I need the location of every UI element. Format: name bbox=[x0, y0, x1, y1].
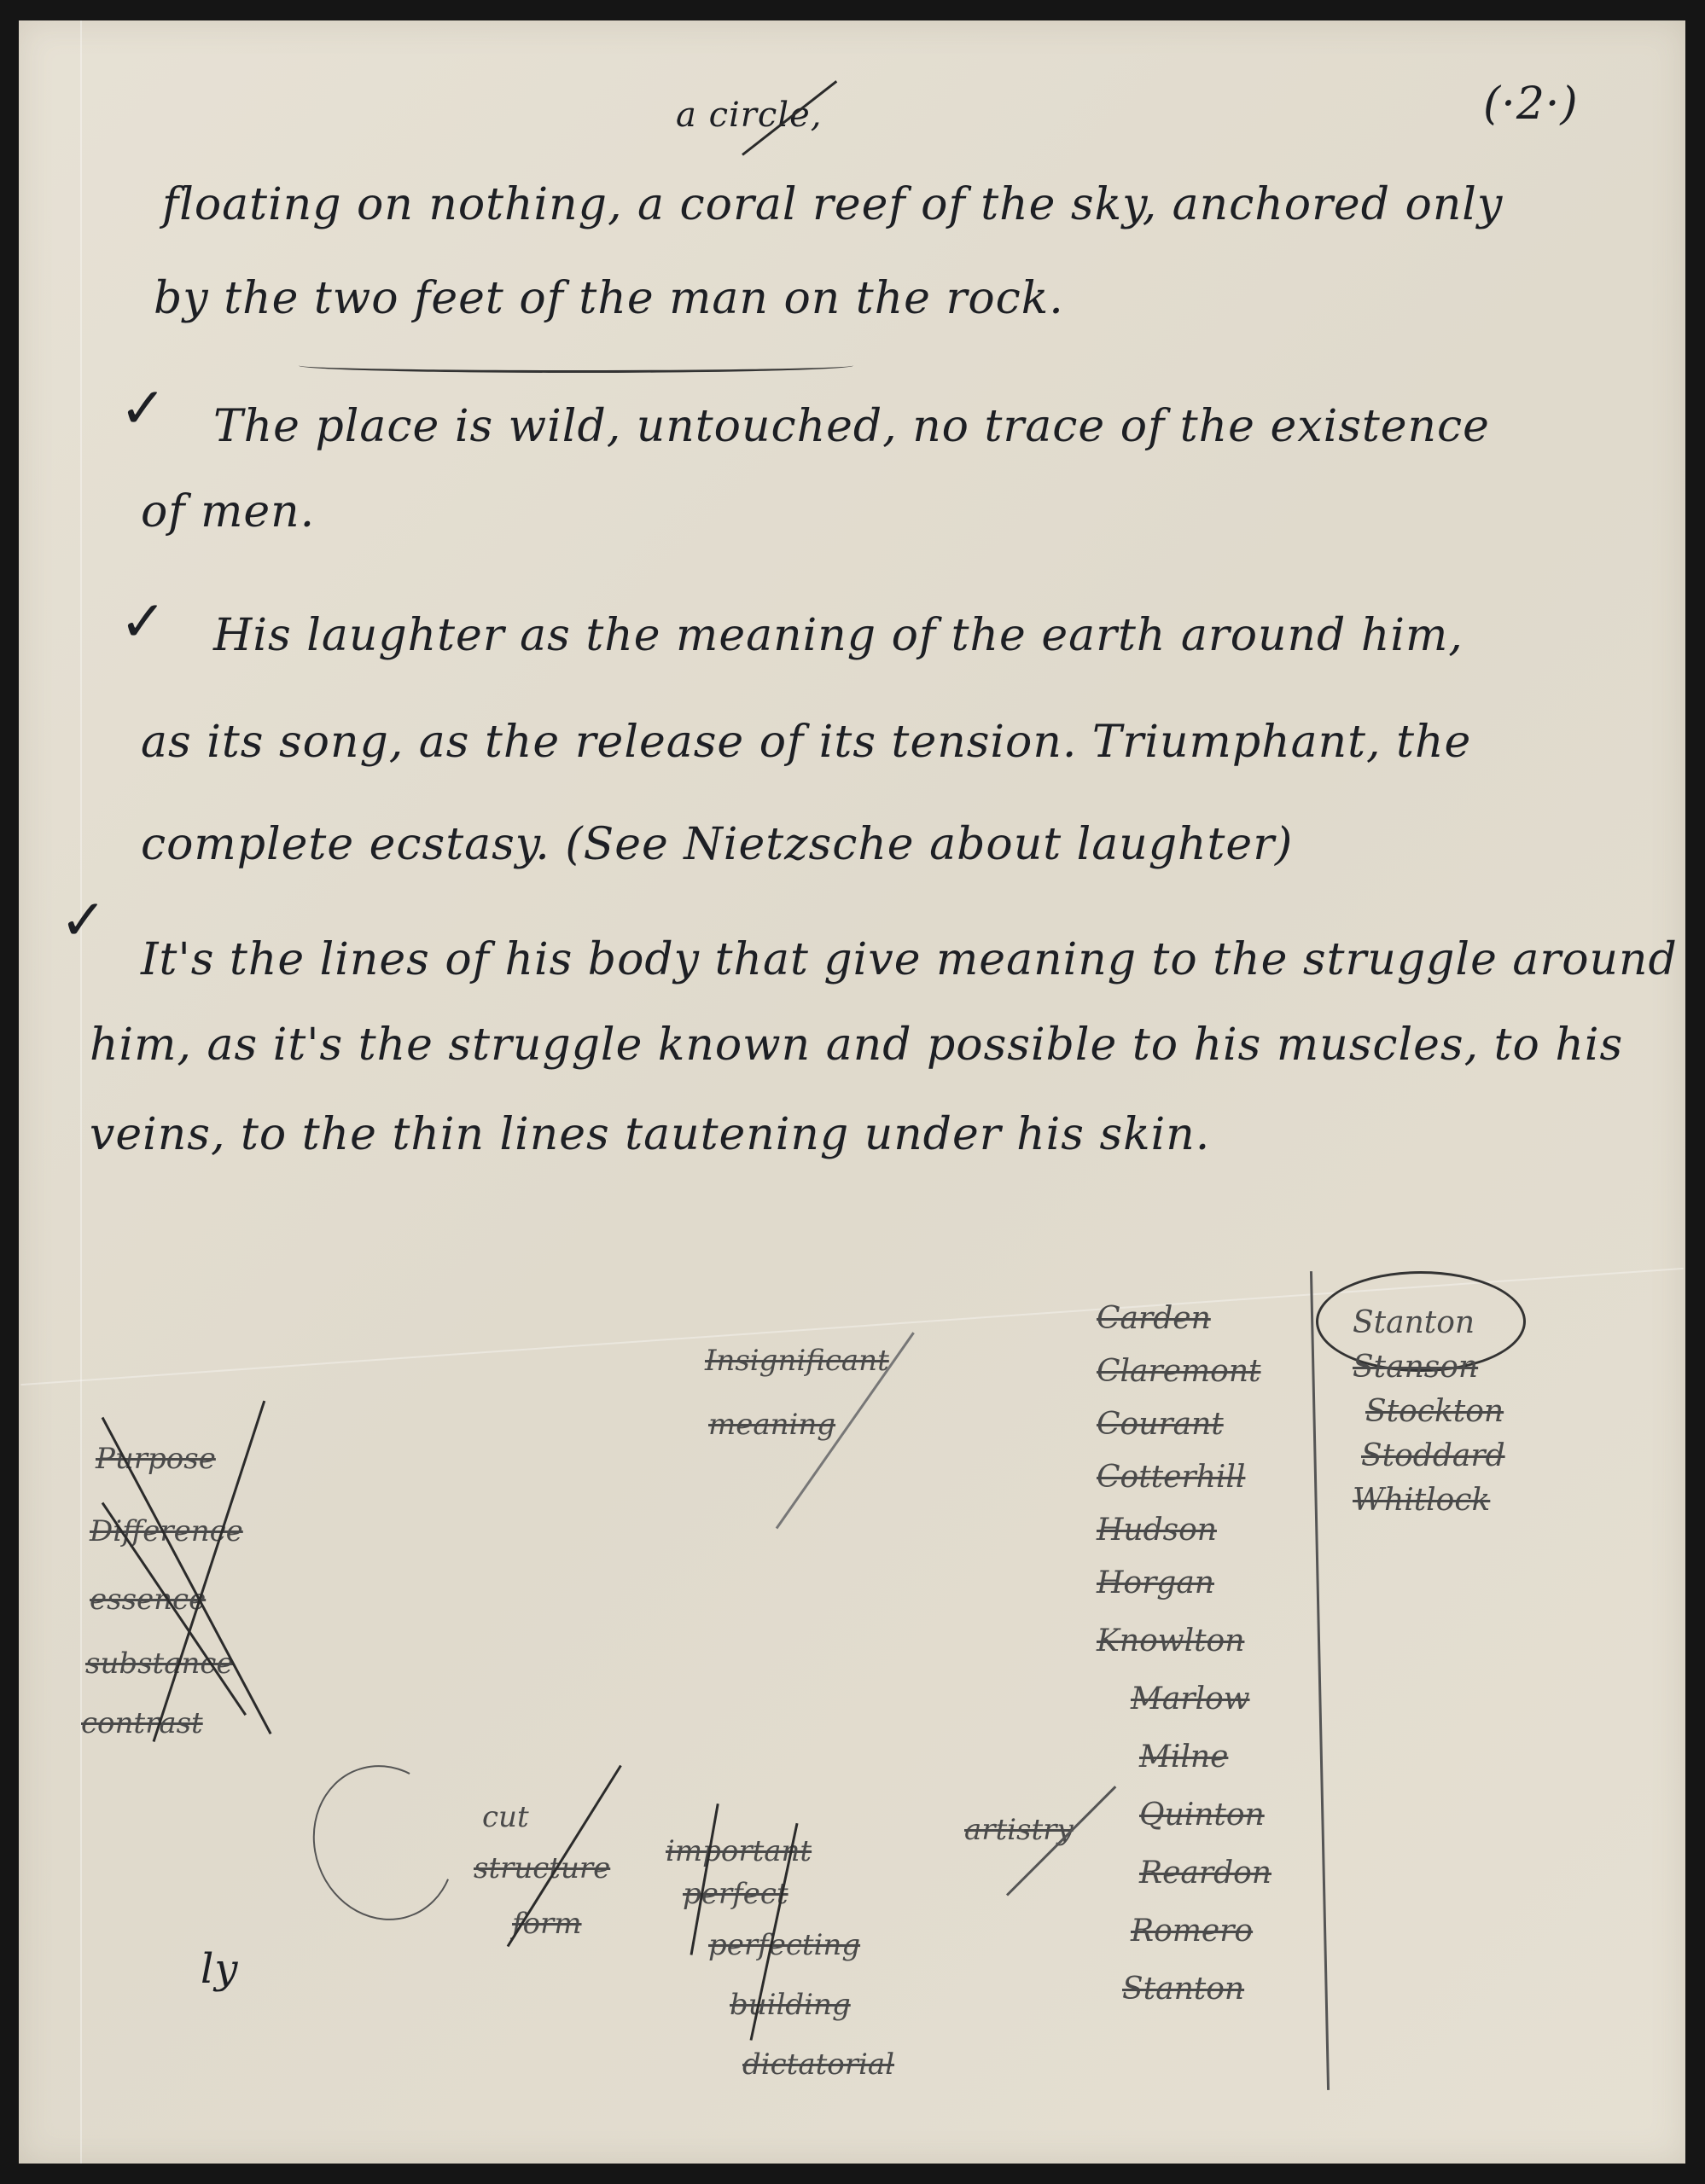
check-mark-icon: ✓ bbox=[60, 887, 107, 953]
paragraph-2-line-1: The place is wild, untouched, no trace o… bbox=[213, 401, 1490, 452]
paragraph-3-line-2: as its song, as the release of its tensi… bbox=[141, 717, 1471, 768]
check-mark-icon: ✓ bbox=[119, 375, 166, 441]
separator-rule bbox=[299, 358, 853, 373]
name-list-left: Carden Claremont Courant Cotterhill Huds… bbox=[1097, 1284, 1271, 2024]
name-item: Whitlock bbox=[1353, 1466, 1505, 1536]
note-word: Insignificant bbox=[705, 1344, 889, 1378]
paragraph-3-line-3: complete ecstasy. (See Nietzsche about l… bbox=[141, 819, 1293, 870]
inserted-text: a circle, bbox=[676, 96, 822, 135]
note-word: dictatorial bbox=[742, 2047, 894, 2082]
paragraph-2-line-2: of men. bbox=[141, 486, 315, 537]
note-word: contrast bbox=[81, 1706, 203, 1740]
paragraph-4-line-1: It's the lines of his body that give mea… bbox=[141, 934, 1678, 985]
note-word: building bbox=[730, 1988, 851, 2022]
note-word: perfecting bbox=[708, 1928, 860, 1962]
fold-crease bbox=[80, 20, 82, 2164]
squiggle-mark: ly bbox=[201, 1945, 238, 1993]
note-word: structure bbox=[474, 1851, 610, 1885]
note-word: essence bbox=[90, 1583, 206, 1617]
paragraph-4-line-3: veins, to the thin lines tautening under… bbox=[90, 1109, 1210, 1160]
paragraph-4-line-2: him, as it's the struggle known and poss… bbox=[90, 1019, 1623, 1071]
note-word: cut bbox=[482, 1800, 529, 1834]
paragraph-1-line-1: floating on nothing, a coral reef of the… bbox=[162, 179, 1503, 230]
note-word: meaning bbox=[708, 1408, 835, 1442]
name-list-right: Stanton Stanson Stockton Stoddard Whitlo… bbox=[1353, 1288, 1505, 1536]
paragraph-3-line-1: His laughter as the meaning of the earth… bbox=[213, 610, 1464, 661]
check-mark-icon: ✓ bbox=[119, 589, 166, 654]
note-word: Purpose bbox=[96, 1442, 216, 1476]
manuscript-page bbox=[19, 20, 1685, 2164]
paragraph-1-line-2: by the two feet of the man on the rock. bbox=[154, 273, 1064, 324]
page-number: (·2·) bbox=[1483, 78, 1579, 130]
